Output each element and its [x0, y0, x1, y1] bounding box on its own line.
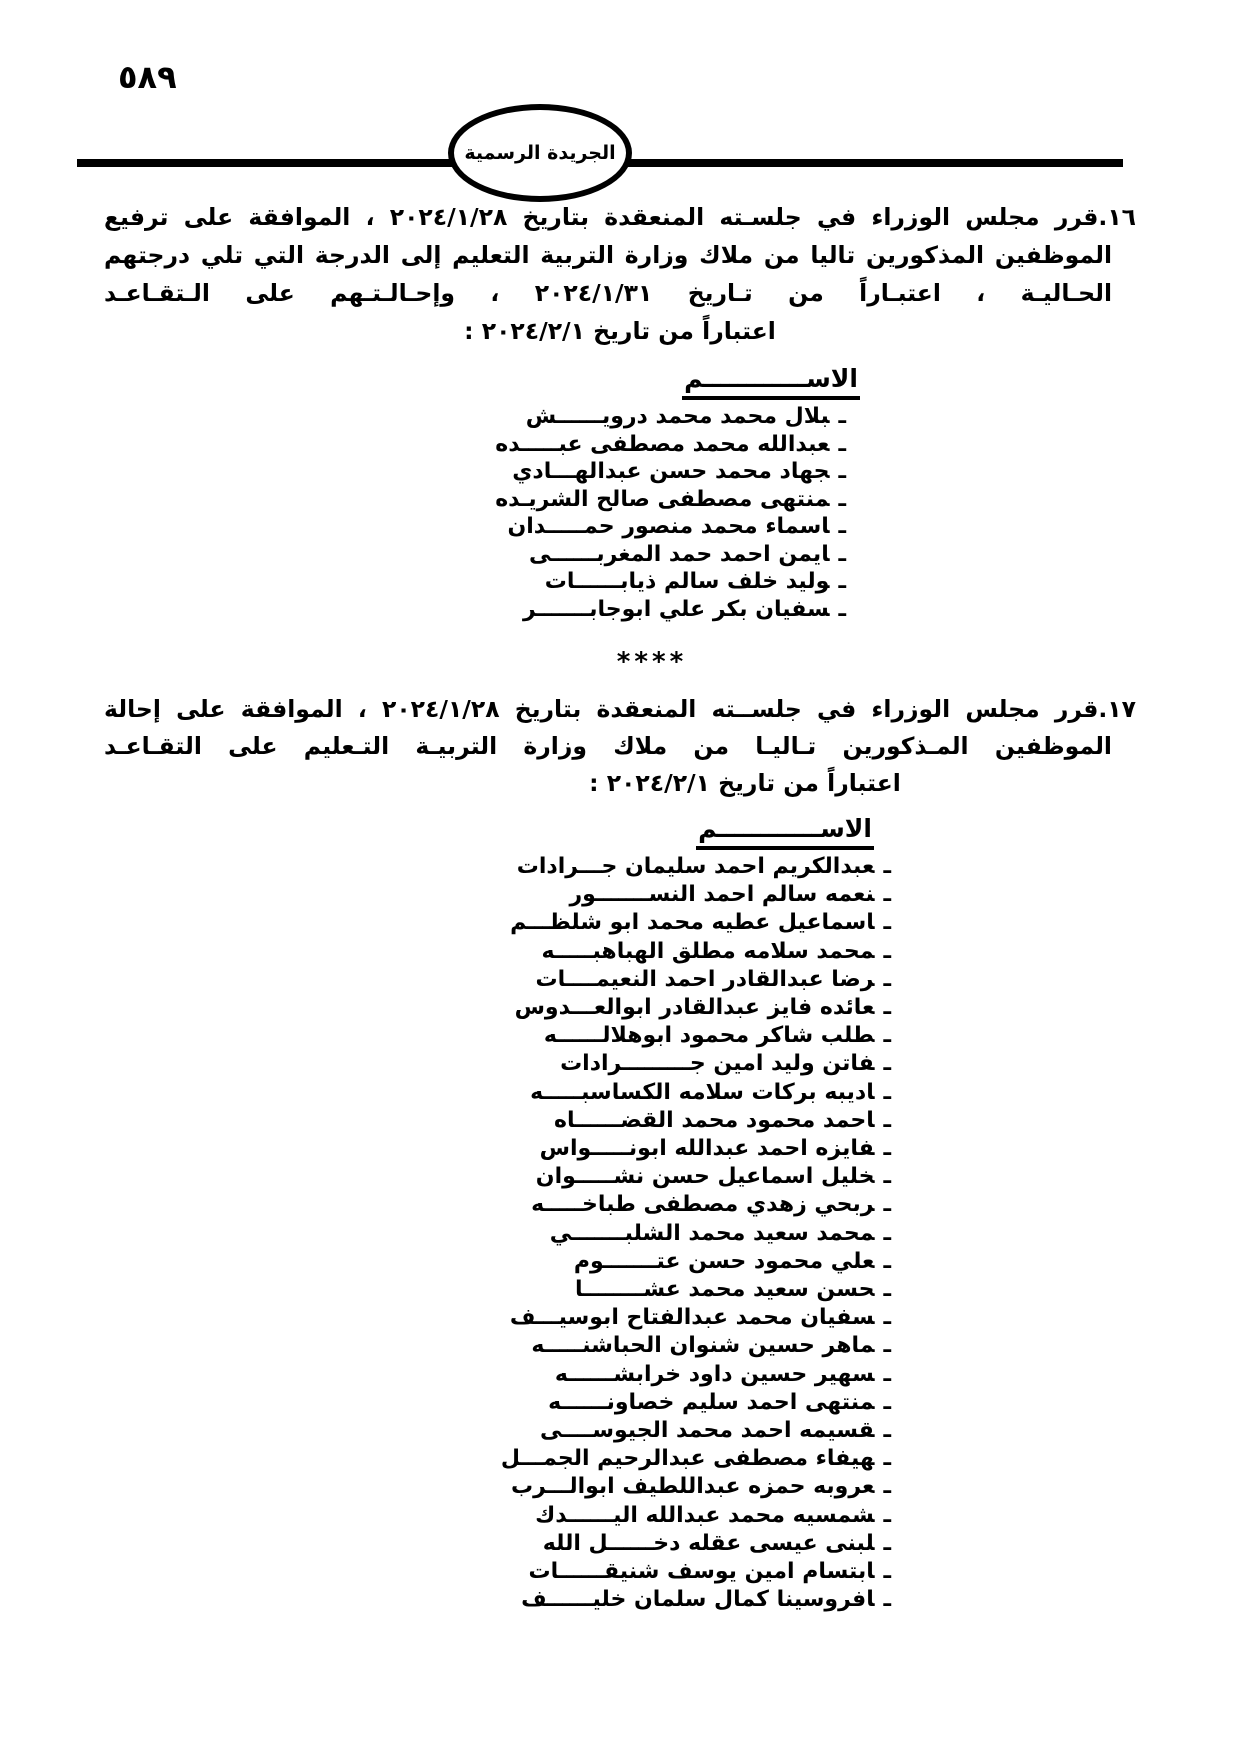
person-name: سفيان بكر علي ابوجابـــــــر — [523, 597, 830, 622]
person-name: اديبه بركات سلامه الكساسبـــــه — [530, 1080, 874, 1105]
list-item: ـافروسينا كمال سلمان خليــــــف — [104, 1586, 891, 1614]
person-name: بلال محمد محمد درويــــــش — [526, 404, 830, 429]
person-name: علي محمود حسن عتـــــــوم — [574, 1249, 875, 1274]
list-dash: ـ — [838, 569, 846, 594]
list-item: ـاسماعيل عطيه محمد ابو شلظـــم — [104, 909, 891, 937]
paragraph-line: الموظفين المـذكورين تـاليـا من ملاك وزار… — [104, 728, 1112, 765]
list-item: ـسفيان محمد عبدالفتاح ابوسيـــف — [104, 1304, 891, 1332]
person-name: وليد خلف سالم ذيابــــــات — [545, 569, 830, 594]
names-column-header: الاســــــــــــم — [696, 814, 874, 850]
list-dash: ـ — [883, 1136, 891, 1161]
person-name: حسن سعيد محمد عشــــــــا — [575, 1277, 875, 1302]
names-header-wrap: الاســــــــــــم — [104, 364, 860, 400]
list-dash: ـ — [838, 542, 846, 567]
list-item: ـسهير حسين داود خرابشــــــه — [104, 1361, 891, 1389]
list-dash: ـ — [838, 597, 846, 622]
person-name: ابتسام امين يوسف شنيقــــــات — [528, 1559, 874, 1584]
person-name: ربحي زهدي مصطفى طباخـــــه — [531, 1192, 874, 1217]
list-dash: ـ — [883, 1305, 891, 1330]
list-dash: ـ — [883, 939, 891, 964]
list-dash: ـ — [883, 882, 891, 907]
person-name: نعمه سالم احمد النســـــــور — [569, 882, 874, 907]
names-list: ـبلال محمد محمد درويــــــش ـعبدالله محم… — [104, 403, 846, 623]
list-item: ـايمن احمد حمد المغربــــــى — [104, 541, 846, 569]
person-name: طلب شاكر محمود ابوهلالــــــه — [544, 1023, 875, 1048]
person-name: منتهى احمد سليم خصاونــــــه — [548, 1390, 874, 1415]
list-item: ـعبدالكريم احمد سليمان جـــرادات — [104, 853, 891, 881]
person-name: اسماعيل عطيه محمد ابو شلظـــم — [510, 910, 874, 935]
person-name: شمسيه محمد عبدالله اليــــــدك — [535, 1503, 874, 1528]
paragraph-line: ١٧.قرر مجلس الوزراء في جلســته المنعقدة … — [104, 691, 1136, 728]
person-name: لبنى عيسى عقله دخــــــل الله — [543, 1531, 875, 1556]
list-dash: ـ — [883, 1587, 891, 1612]
list-item: ـقسيمه احمد محمد الجيوســــى — [104, 1417, 891, 1445]
page-content: ١٦.قرر مجلس الوزراء في جلسـته المنعقدة ب… — [104, 198, 1136, 1614]
person-name: قسيمه احمد محمد الجيوســــى — [540, 1418, 874, 1443]
person-name: هيفاء مصطفى عبدالرحيم الجمـــل — [501, 1446, 875, 1471]
list-dash: ـ — [883, 1051, 891, 1076]
list-dash: ـ — [838, 487, 846, 512]
list-item: ـمنتهى مصطفى صالح الشريـده — [104, 486, 846, 514]
page-number: ٥٨٩ — [118, 58, 177, 96]
names-header-wrap: الاســــــــــــم — [104, 814, 874, 850]
person-name: رضا عبدالقادر احمد النعيمــــات — [535, 967, 874, 992]
asterisk-separator: **** — [104, 649, 1136, 675]
decision-16-paragraph: ١٦.قرر مجلس الوزراء في جلسـته المنعقدة ب… — [104, 198, 1136, 350]
list-dash: ـ — [883, 1531, 891, 1556]
list-item: ـعائده فايز عبدالقادر ابوالعـــدوس — [104, 994, 891, 1022]
paragraph-line: الموظفين المذكورين تاليا من ملاك وزارة ا… — [104, 236, 1112, 274]
person-name: ماهر حسين شنوان الحباشنـــــه — [531, 1333, 874, 1358]
person-name: خليل اسماعيل حسن نشـــــوان — [536, 1164, 875, 1189]
paragraph-line: الحـاليـة ، اعتبـاراً من تـاريخ ٢٠٢٤/١/٣… — [104, 274, 1112, 312]
list-item: ـفاتن وليد امين جـــــــــرادات — [104, 1050, 891, 1078]
person-name: جهاد محمد حسن عبدالهـــادي — [512, 459, 829, 484]
list-item: ـفايزه احمد عبدالله ابونـــــواس — [104, 1135, 891, 1163]
list-item: ـوليد خلف سالم ذيابــــــات — [104, 568, 846, 596]
person-name: فاتن وليد امين جـــــــــرادات — [560, 1051, 874, 1076]
list-dash: ـ — [883, 1080, 891, 1105]
list-dash: ـ — [838, 459, 846, 484]
list-item: ـهيفاء مصطفى عبدالرحيم الجمـــل — [104, 1445, 891, 1473]
gazette-title: الجريدة الرسمية — [464, 142, 615, 164]
list-item: ـجهاد محمد حسن عبدالهـــادي — [104, 458, 846, 486]
list-item: ـمنتهى احمد سليم خصاونــــــه — [104, 1389, 891, 1417]
list-dash: ـ — [883, 1108, 891, 1133]
list-item: ـربحي زهدي مصطفى طباخـــــه — [104, 1191, 891, 1219]
list-item: ـشمسيه محمد عبدالله اليــــــدك — [104, 1502, 891, 1530]
list-item: ـسفيان بكر علي ابوجابـــــــر — [104, 596, 846, 624]
list-item: ـرضا عبدالقادر احمد النعيمــــات — [104, 966, 891, 994]
list-item: ـعلي محمود حسن عتـــــــوم — [104, 1248, 891, 1276]
list-item: ـنعمه سالم احمد النســـــــور — [104, 881, 891, 909]
list-item: ـبلال محمد محمد درويــــــش — [104, 403, 846, 431]
list-dash: ـ — [883, 1503, 891, 1528]
person-name: محمد سعيد محمد الشلبـــــــي — [550, 1221, 875, 1246]
list-item: ـلبنى عيسى عقله دخــــــل الله — [104, 1530, 891, 1558]
list-dash: ـ — [883, 910, 891, 935]
list-item: ـمحمد سعيد محمد الشلبـــــــي — [104, 1220, 891, 1248]
person-name: منتهى مصطفى صالح الشريـده — [495, 487, 829, 512]
list-dash: ـ — [883, 1446, 891, 1471]
person-name: عبدالكريم احمد سليمان جـــرادات — [517, 854, 875, 879]
person-name: افروسينا كمال سلمان خليــــــف — [521, 1587, 874, 1612]
list-item: ـماهر حسين شنوان الحباشنـــــه — [104, 1332, 891, 1360]
list-item: ـاديبه بركات سلامه الكساسبـــــه — [104, 1079, 891, 1107]
list-item: ـعروبه حمزه عبداللطيف ابوالـــرب — [104, 1473, 891, 1501]
list-item: ـخليل اسماعيل حسن نشـــــوان — [104, 1163, 891, 1191]
person-name: سهير حسين داود خرابشــــــه — [555, 1362, 875, 1387]
decision-16-names-section: الاســــــــــــم ـبلال محمد محمد درويــ… — [104, 364, 1136, 623]
gazette-page: { "colors": { "ink": "#000000", "paper":… — [0, 0, 1240, 1754]
names-list: ـعبدالكريم احمد سليمان جـــرادات ـنعمه س… — [104, 853, 891, 1614]
list-dash: ـ — [883, 1362, 891, 1387]
list-item: ـعبدالله محمد مصطفى عبـــــده — [104, 431, 846, 459]
list-item: ـطلب شاكر محمود ابوهلالــــــه — [104, 1022, 891, 1050]
list-dash: ـ — [883, 995, 891, 1020]
list-item: ـحسن سعيد محمد عشــــــــا — [104, 1276, 891, 1304]
list-dash: ـ — [883, 1277, 891, 1302]
paragraph-line: ١٦.قرر مجلس الوزراء في جلسـته المنعقدة ب… — [104, 198, 1136, 236]
person-name: محمد سلامه مطلق الهباهبـــــه — [542, 939, 875, 964]
list-dash: ـ — [883, 1418, 891, 1443]
person-name: اسماء محمد منصور حمـــــدان — [507, 514, 829, 539]
person-name: عروبه حمزه عبداللطيف ابوالـــرب — [511, 1474, 875, 1499]
list-dash: ـ — [883, 1192, 891, 1217]
list-dash: ـ — [883, 1559, 891, 1584]
person-name: عائده فايز عبدالقادر ابوالعـــدوس — [515, 995, 875, 1020]
person-name: ايمن احمد حمد المغربــــــى — [529, 542, 830, 567]
decision-17-names-section: الاســــــــــــم ـعبدالكريم احمد سليمان… — [104, 814, 1136, 1614]
list-item: ـاسماء محمد منصور حمـــــدان — [104, 513, 846, 541]
list-item: ـابتسام امين يوسف شنيقــــــات — [104, 1558, 891, 1586]
list-dash: ـ — [883, 967, 891, 992]
list-dash: ـ — [883, 1221, 891, 1246]
list-dash: ـ — [838, 404, 846, 429]
list-dash: ـ — [883, 1474, 891, 1499]
list-dash: ـ — [883, 1333, 891, 1358]
list-item: ـاحمد محمود محمد القضــــــاه — [104, 1107, 891, 1135]
gazette-seal: الجريدة الرسمية — [448, 104, 632, 202]
list-dash: ـ — [838, 514, 846, 539]
person-name: عبدالله محمد مصطفى عبـــــده — [495, 432, 829, 457]
list-dash: ـ — [883, 1249, 891, 1274]
list-dash: ـ — [838, 432, 846, 457]
decision-17-paragraph: ١٧.قرر مجلس الوزراء في جلســته المنعقدة … — [104, 691, 1136, 802]
list-item: ـمحمد سلامه مطلق الهباهبـــــه — [104, 938, 891, 966]
person-name: احمد محمود محمد القضــــــاه — [554, 1108, 874, 1133]
list-dash: ـ — [883, 1164, 891, 1189]
person-name: سفيان محمد عبدالفتاح ابوسيـــف — [510, 1305, 875, 1330]
list-dash: ـ — [883, 1023, 891, 1048]
list-dash: ـ — [883, 1390, 891, 1415]
paragraph-line: اعتباراً من تاريخ ٢٠٢٤/٢/١ : — [104, 312, 1136, 350]
list-dash: ـ — [883, 854, 891, 879]
person-name: فايزه احمد عبدالله ابونـــــواس — [540, 1136, 875, 1161]
names-column-header: الاســــــــــــم — [682, 364, 860, 400]
paragraph-line: اعتباراً من تاريخ ٢٠٢٤/٢/١ : — [104, 765, 1136, 802]
